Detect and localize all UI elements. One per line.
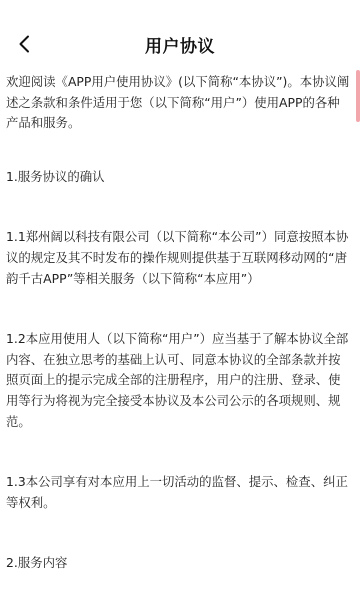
spacer [6,513,350,553]
intro-paragraph: 欢迎阅读《APP用户使用协议》(以下简称“本协议”)。本协议阐述之条款和条件适用… [6,72,350,134]
scrollbar[interactable] [356,70,360,122]
spacer [6,134,350,167]
section-heading-2: 2.服务内容 [6,553,350,574]
spacer [6,432,350,472]
top-bar: 用户协议 [0,26,360,62]
section-heading-1: 1.服务协议的确认 [6,167,350,188]
page-title: 用户协议 [0,32,360,57]
spacer [6,187,350,227]
section-1-1: 1.1郑州阔以科技有限公司（以下简称“本公司”）同意按照本协议的规定及其不时发布… [6,227,350,289]
spacer [6,289,350,329]
section-1-2: 1.2本应用使用人（以下简称“用户”）应当基于了解本协议全部内容、在独立思考的基… [6,329,350,432]
section-1-3: 1.3本公司享有对本应用上一切活动的监督、提示、检查、纠正等权利。 [6,472,350,513]
agreement-content: 欢迎阅读《APP用户使用协议》(以下简称“本协议”)。本协议阐述之条款和条件适用… [6,72,350,574]
